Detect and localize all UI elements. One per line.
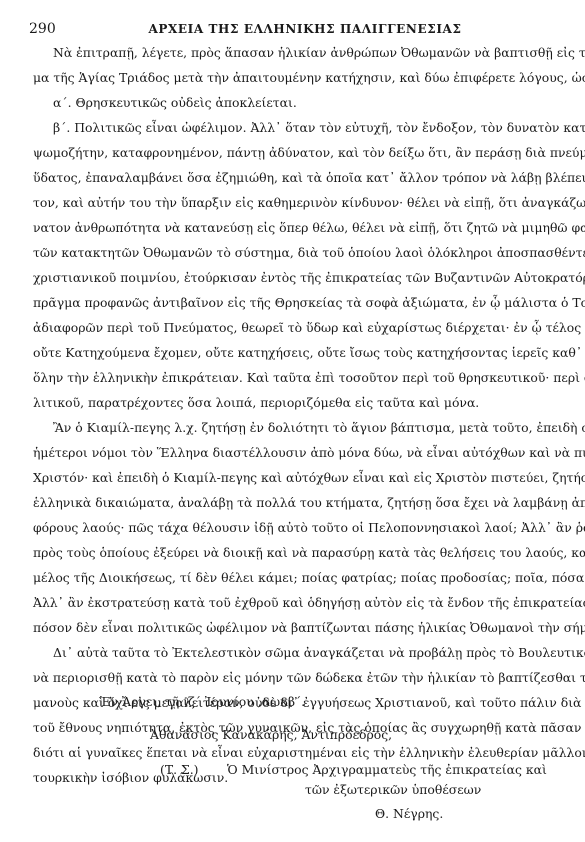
secretary-signature: Θ. Νέγρης.	[375, 806, 443, 821]
text-line: ψωμοζήτην, καταφρονημένον, πάντῃ ἀδύνατο…	[33, 140, 543, 165]
text-line: τῶν κατακτητῶν Ὀθωμανῶν τὸ σύστημα, διὰ …	[33, 240, 543, 265]
text-line: ὕδατος, ἐπαναλαμβάνει ὅσα ἐζημιώθη, καὶ …	[33, 165, 543, 190]
text-line: Νὰ ἐπιτραπῇ, λέγετε, πρὸς ἅπασαν ἡλικίαν…	[33, 40, 543, 65]
text-line: α΄. Θρησκευτικῶς οὐδεὶς ἀποκλείεται.	[33, 90, 543, 115]
text-line: οὔτε Κατηχούμενα ἔχομεν, οὔτε κατηχήσεις…	[33, 340, 543, 365]
text-line: Δι᾿ αὐτὰ ταῦτα τὸ Ἐκτελεστικὸν σῶμα ἀναγ…	[33, 640, 543, 665]
vice-president-signature: Ἀθανάσιος Κανακάρης, Ἀντιπρόεδρος,	[150, 727, 392, 742]
text-line: μα τῆς Ἁγίας Τριάδος μετὰ τὴν ἀπαιτουμέν…	[33, 65, 543, 90]
text-line: ἡμέτεροι νόμοι τὸν Ἕλληνα διαστέλλουσιν …	[33, 440, 543, 465]
text-line: Ἀλλ᾿ ἂν ἐκστρατεύσῃ κατὰ τοῦ ἐχθροῦ καὶ …	[33, 590, 543, 615]
text-line: τον, καὶ αὐτήν του τὴν ὕπαρξιν εἰς καθημ…	[33, 190, 543, 215]
text-line: πρὸς τοὺς ὁποίους ἐξεύρει νὰ διοικῇ καὶ …	[33, 540, 543, 565]
running-head: ΑΡΧΕΙΑ ΤΗΣ ΕΛΛΗΝΙΚΗΣ ΠΑΛΙΓΓΕΝΕΣΙΑΣ	[145, 22, 465, 36]
seal-mark: (Τ. Σ.)	[160, 762, 199, 777]
text-line: φόρους λαούς· πῶς τάχα θέλουσιν ἰδῇ αὐτὸ…	[33, 515, 543, 540]
page-number: 290	[29, 21, 56, 37]
text-line: Ἂν ὁ Κιαμίλ-πεγης λ.χ. ζητήσῃ ἐν δολιότη…	[33, 415, 543, 440]
text-line: Χριστόν· καὶ ἐπειδὴ ὁ Κιαμίλ-πεγης καὶ α…	[33, 465, 543, 490]
text-line: ἀδιαφορῶν περὶ τοῦ Πνεύματος, θεωρεῖ τὸ …	[33, 315, 543, 340]
text-line: χριστιανικοῦ ποιμνίου, ἐτούρκισαν ἐντὸς …	[33, 265, 543, 290]
text-line: β΄. Πολιτικῶς εἶναι ὠφέλιμον. Ἀλλ᾿ ὅταν …	[33, 115, 543, 140]
text-line: ὅλην τὴν ἑλληνικὴν ἐπικράτειαν. Καὶ ταῦτ…	[33, 365, 543, 390]
text-line: ἑλληνικὰ δικαιώματα, ἀναλάβῃ τὰ πολλά το…	[33, 490, 543, 515]
body-text: Νὰ ἐπιτραπῇ, λέγετε, πρὸς ἅπασαν ἡλικίαν…	[33, 40, 543, 790]
text-line: λιτικοῦ, παρατρέχοντες ὅσα λοιπά, περιορ…	[33, 390, 543, 415]
secretary-title-continued: τῶν ἐξωτερικῶν ὑποθέσεων	[305, 782, 481, 797]
text-line: νὰ περιορισθῇ κατὰ τὸ παρὸν εἰς μόνην τῶ…	[33, 665, 543, 690]
secretary-title: Ὁ Μινίστρος Ἀρχιγραμματεὺς τῆς ἐπικρατεί…	[227, 762, 543, 777]
date-line: Ἐν Ἄργει, τῇ ιζ΄ Ἰουνίου ,αωκβ΄.	[100, 694, 305, 709]
text-line: μέλος τῆς Διοικήσεως, τί δὲν θέλει κάμει…	[33, 565, 543, 590]
text-line: πόσον δὲν εἶναι πολιτικῶς ὠφέλιμον νὰ βα…	[33, 615, 543, 640]
text-line: νατον ἀνθρωπότητα νὰ κατανεύσῃ εἰς ὅπερ …	[33, 215, 543, 240]
text-line: πρᾶγμα προφανῶς ἀντιβαῖνον εἰς τῆς Θρησκ…	[33, 290, 543, 315]
